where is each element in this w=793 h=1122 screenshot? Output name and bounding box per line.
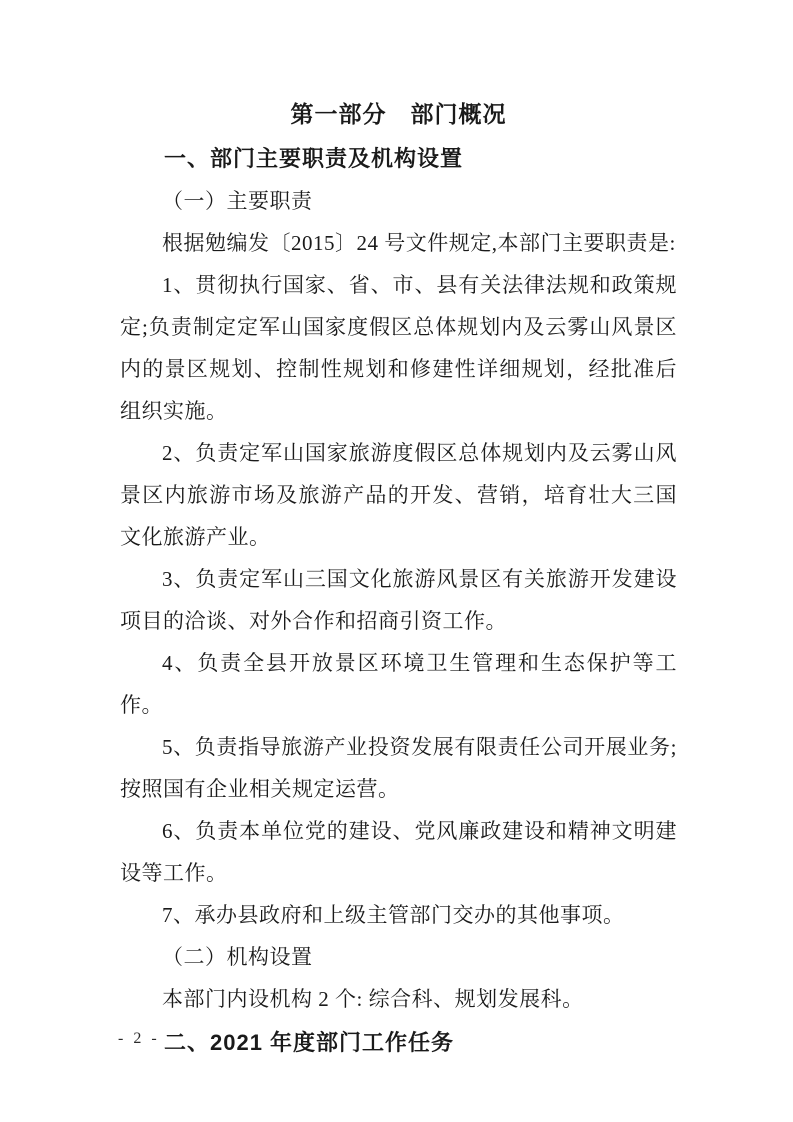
paragraph-basis: 根据勉编发〔2015〕24 号文件规定,本部门主要职责是: (120, 222, 677, 264)
paragraph-internal-orgs: 本部门内设机构 2 个: 综合科、规划发展科。 (120, 978, 677, 1020)
paragraph-duty-3: 3、负责定军山三国文化旅游风景区有关旅游开发建设项目的洽谈、对外合作和招商引资工… (120, 558, 677, 642)
page-number: - 2 - (118, 1028, 160, 1050)
paragraph-duty-5: 5、负责指导旅游产业投资发展有限责任公司开展业务;按照国有企业相关规定运营。 (120, 726, 677, 810)
paragraph-duty-7: 7、承办县政府和上级主管部门交办的其他事项。 (120, 894, 677, 936)
paragraph-subheading-main-duties: （一）主要职责 (120, 180, 677, 222)
paragraph-subheading-organization: （二）机构设置 (120, 936, 677, 978)
section-heading-duties: 一、部门主要职责及机构设置 (120, 138, 677, 180)
paragraph-duty-1: 1、贯彻执行国家、省、市、县有关法律法规和政策规定;负责制定定军山国家度假区总体… (120, 264, 677, 432)
document-page: 第一部分 部门概况 一、部门主要职责及机构设置 （一）主要职责 根据勉编发〔20… (0, 0, 793, 1122)
paragraph-duty-4: 4、负责全县开放景区环境卫生管理和生态保护等工作。 (120, 642, 677, 726)
section-heading-2021-tasks: 二、2021 年度部门工作任务 (120, 1022, 677, 1064)
paragraph-duty-2: 2、负责定军山国家旅游度假区总体规划内及云雾山风景区内旅游市场及旅游产品的开发、… (120, 432, 677, 558)
part-title: 第一部分 部门概况 (120, 93, 677, 135)
paragraph-duty-6: 6、负责本单位党的建设、党风廉政建设和精神文明建设等工作。 (120, 810, 677, 894)
